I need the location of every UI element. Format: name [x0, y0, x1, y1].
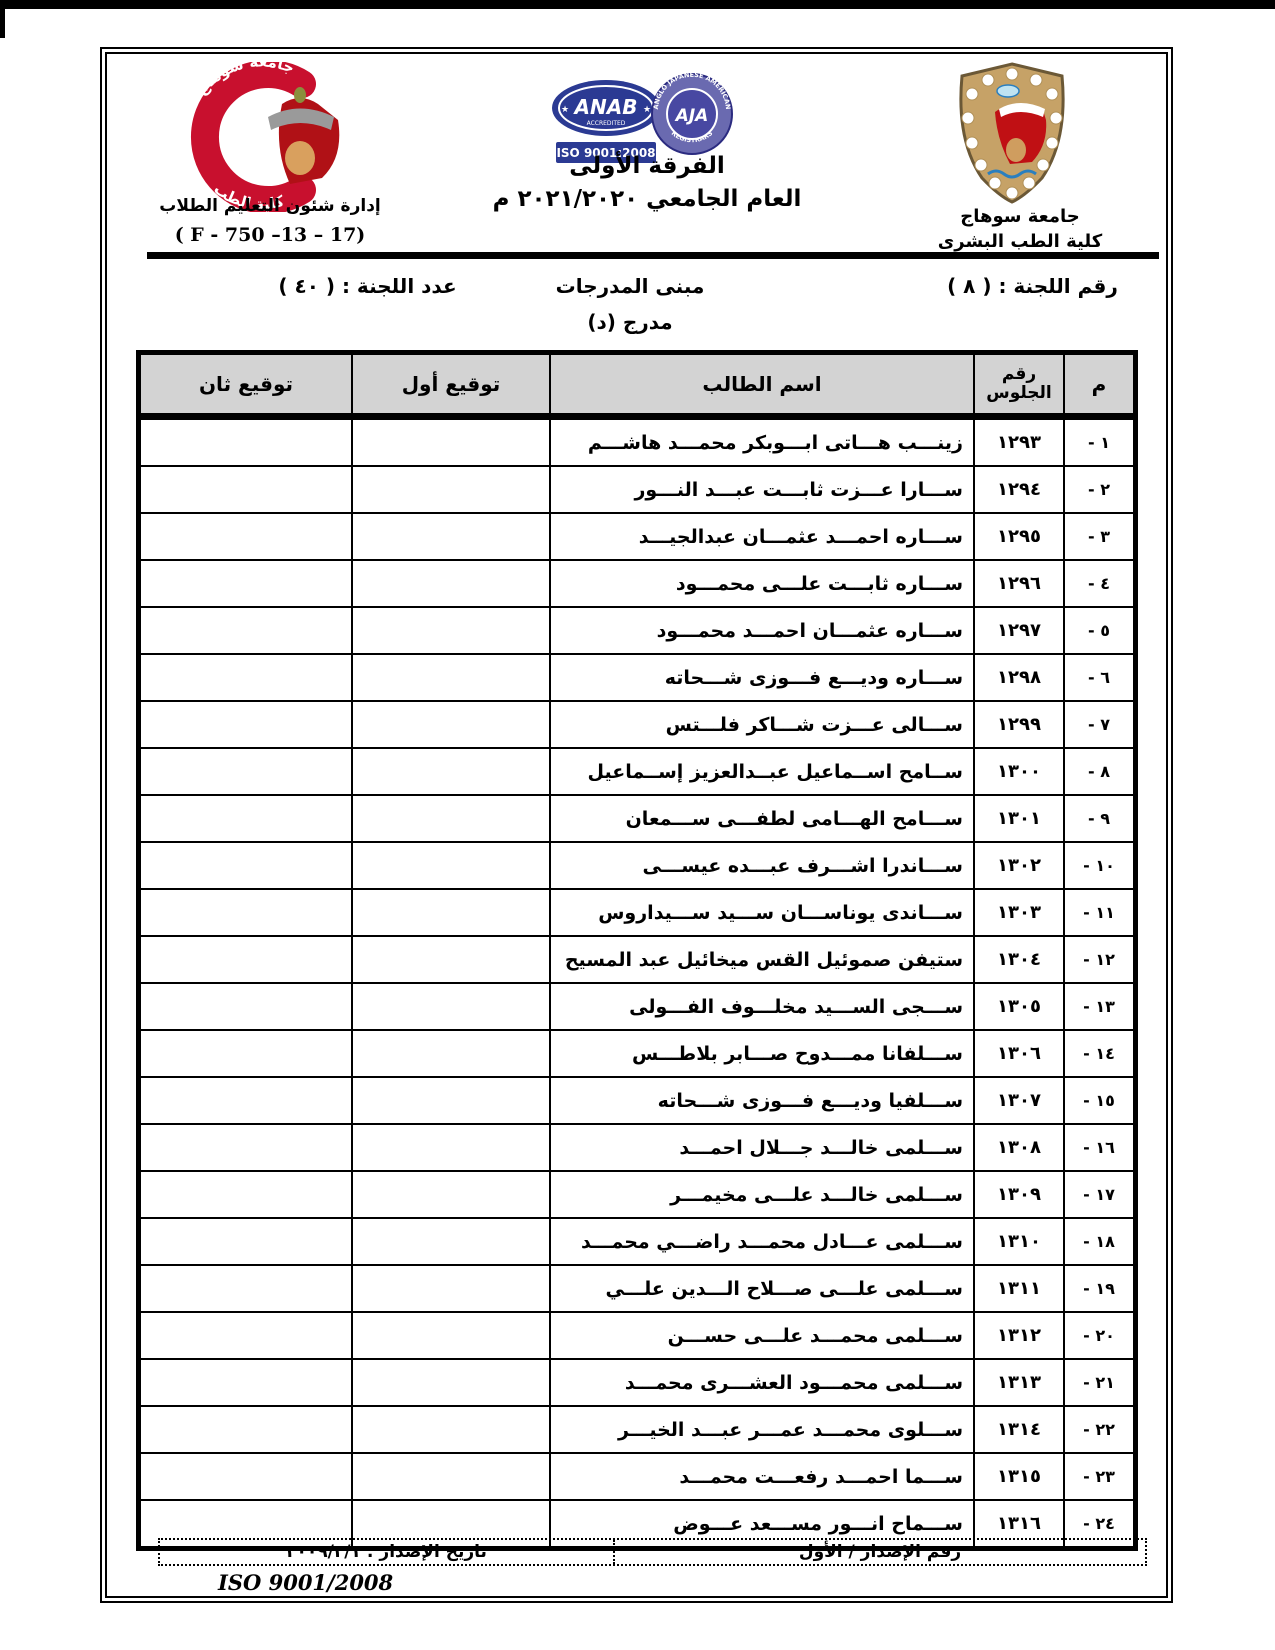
student-row: ١١ -١٣٠٣ســـاندى يوناســـان ســـيد ســـي… — [139, 889, 1136, 936]
name-cell: ســـلفيا وديـــع فـــوزى شـــحاته — [550, 1077, 974, 1124]
first-signature-cell — [352, 795, 550, 842]
index-cell: ١٤ - — [1064, 1030, 1136, 1077]
student-roster-table: م رقم الجلوس اسم الطالب توقيع أول توقيع … — [136, 350, 1138, 1551]
student-row: ٦ -١٢٩٨ســـاره وديـــع فـــوزى شـــحاته — [139, 654, 1136, 701]
student-row: ١٦ -١٣٠٨ســـلمى خالـــد جـــلال احمـــد — [139, 1124, 1136, 1171]
index-cell: ١١ - — [1064, 889, 1136, 936]
seat-cell: ١٣٠٣ — [974, 889, 1064, 936]
student-row: ٢ -١٢٩٤ســـارا عـــزت ثابـــت عبـــد الن… — [139, 466, 1136, 513]
name-cell: ســـلمى محمـــد علـــى حســـن — [550, 1312, 974, 1359]
university-name: جامعة سوهاج — [920, 204, 1120, 229]
header-seat-number: رقم الجلوس — [974, 353, 1064, 417]
committee-building: مبنى المدرجات — [545, 270, 715, 302]
first-signature-cell — [352, 1453, 550, 1500]
index-cell: ١٧ - — [1064, 1171, 1136, 1218]
form-code: ( F - 750 –13 – 17) — [130, 224, 410, 246]
second-signature-cell — [139, 1171, 353, 1218]
svg-text:★: ★ — [561, 105, 569, 115]
first-signature-cell — [352, 701, 550, 748]
committee-count: عدد اللجنة : ( ٤٠ ) — [275, 270, 460, 302]
second-signature-cell — [139, 936, 353, 983]
center-title-block: الفرقة الأولى العام الجامعي ٢٠٢١/٢٠٢٠ م — [437, 150, 857, 216]
student-row: ١٩ -١٣١١ســـلمى علـــى صـــلاح الـــدين … — [139, 1265, 1136, 1312]
seat-cell: ١٢٩٦ — [974, 560, 1064, 607]
academic-year: العام الجامعي ٢٠٢١/٢٠٢٠ م — [437, 183, 857, 216]
second-signature-cell — [139, 560, 353, 607]
index-cell: ٣ - — [1064, 513, 1136, 560]
name-cell: ســـلمى خالـــد علـــى مخيمـــر — [550, 1171, 974, 1218]
student-row: ١٤ -١٣٠٦ســـلفانا ممـــدوح صـــابر بلاطـ… — [139, 1030, 1136, 1077]
header-first-signature: توقيع أول — [352, 353, 550, 417]
iso-certification-label: ISO 9001/2008 — [218, 1570, 478, 1595]
name-cell: ســـلمى عـــادل محمـــد راضـــي محمـــد — [550, 1218, 974, 1265]
student-row: ١ -١٢٩٣زينـــب هـــاتى ابـــوبكر محمـــد… — [139, 417, 1136, 467]
index-cell: ٩ - — [1064, 795, 1136, 842]
second-signature-cell — [139, 889, 353, 936]
name-cell: ســـارا عـــزت ثابـــت عبـــد النـــور — [550, 466, 974, 513]
index-cell: ٨ - — [1064, 748, 1136, 795]
issue-info-box: رقم الإصدار / الأول تاريخ الإصدار : ٢٠٠٩… — [158, 1538, 1147, 1566]
student-row: ١٧ -١٣٠٩ســـلمى خالـــد علـــى مخيمـــر — [139, 1171, 1136, 1218]
name-cell: ســـلوى محمـــد عمـــر عبـــد الخيـــر — [550, 1406, 974, 1453]
seat-cell: ١٣٠٢ — [974, 842, 1064, 889]
second-signature-cell — [139, 1453, 353, 1500]
index-cell: ٢١ - — [1064, 1359, 1136, 1406]
first-signature-cell — [352, 560, 550, 607]
index-cell: ٢٣ - — [1064, 1453, 1136, 1500]
student-row: ٢٢ -١٣١٤ســـلوى محمـــد عمـــر عبـــد ال… — [139, 1406, 1136, 1453]
second-signature-cell — [139, 654, 353, 701]
student-row: ١٣ -١٣٠٥ســـجى الســـيد مخلـــوف الفـــو… — [139, 983, 1136, 1030]
seat-cell: ١٣١٠ — [974, 1218, 1064, 1265]
student-row: ٣ -١٢٩٥ســـاره احمـــد عثمـــان عبدالجيـ… — [139, 513, 1136, 560]
name-cell: ســـلمى خالـــد جـــلال احمـــد — [550, 1124, 974, 1171]
name-cell: ســـالى عـــزت شـــاكر فلـــتس — [550, 701, 974, 748]
student-row: ٧ -١٢٩٩ســـالى عـــزت شـــاكر فلـــتس — [139, 701, 1136, 748]
seat-cell: ١٣٠٠ — [974, 748, 1064, 795]
seat-cell: ١٢٩٥ — [974, 513, 1064, 560]
faculty-name: كلية الطب البشرى — [920, 229, 1120, 254]
department-name: إدارة شئون التعليم الطلاب — [130, 196, 410, 216]
seat-cell: ١٣١٤ — [974, 1406, 1064, 1453]
index-cell: ٢٢ - — [1064, 1406, 1136, 1453]
first-signature-cell — [352, 842, 550, 889]
first-signature-cell — [352, 417, 550, 467]
name-cell: ســـامح الهـــامى لطفـــى ســـمعان — [550, 795, 974, 842]
first-signature-cell — [352, 889, 550, 936]
index-cell: ٢٠ - — [1064, 1312, 1136, 1359]
seat-cell: ١٢٩٣ — [974, 417, 1064, 467]
svg-text:ACCREDITED: ACCREDITED — [587, 120, 626, 127]
svg-text:AJA: AJA — [674, 106, 709, 126]
first-signature-cell — [352, 748, 550, 795]
student-row: ١٢ -١٣٠٤ستيفن صموئيل القس ميخائيل عبد ال… — [139, 936, 1136, 983]
student-row: ٥ -١٢٩٧ســـاره عثمـــان احمـــد محمـــود — [139, 607, 1136, 654]
index-cell: ١٩ - — [1064, 1265, 1136, 1312]
student-row: ١٥ -١٣٠٧ســـلفيا وديـــع فـــوزى شـــحات… — [139, 1077, 1136, 1124]
student-row: ٩ -١٣٠١ســـامح الهـــامى لطفـــى ســـمعا… — [139, 795, 1136, 842]
index-cell: ١٢ - — [1064, 936, 1136, 983]
aja-registrars-logo: ANGLO JAPANESE AMERICAN REGISTRARS AJA — [651, 73, 733, 155]
scan-artifact-left-mark — [0, 0, 5, 38]
second-signature-cell — [139, 1218, 353, 1265]
name-cell: ســـلمى علـــى صـــلاح الـــدين علـــي — [550, 1265, 974, 1312]
name-cell: ســـاندرا اشـــرف عبـــده عيســـى — [550, 842, 974, 889]
header-second-signature: توقيع ثان — [139, 353, 353, 417]
seat-cell: ١٢٩٩ — [974, 701, 1064, 748]
issue-date: تاريخ الإصدار : ٢٠٠٩/٢/١ — [160, 1540, 613, 1564]
first-signature-cell — [352, 1312, 550, 1359]
second-signature-cell — [139, 1030, 353, 1077]
name-cell: ســـاره عثمـــان احمـــد محمـــود — [550, 607, 974, 654]
index-cell: ١٣ - — [1064, 983, 1136, 1030]
second-signature-cell — [139, 417, 353, 467]
faculty-crescent-logo: جامعة سوهاج كلية الطب — [150, 62, 375, 212]
header-divider-rule — [147, 252, 1159, 259]
second-signature-cell — [139, 1265, 353, 1312]
index-cell: ٧ - — [1064, 701, 1136, 748]
name-cell: ســـلفانا ممـــدوح صـــابر بلاطـــس — [550, 1030, 974, 1077]
seat-cell: ١٢٩٧ — [974, 607, 1064, 654]
index-cell: ٦ - — [1064, 654, 1136, 701]
first-signature-cell — [352, 983, 550, 1030]
roster-header: م رقم الجلوس اسم الطالب توقيع أول توقيع … — [139, 353, 1136, 417]
index-cell: ٤ - — [1064, 560, 1136, 607]
student-row: ٢٣ -١٣١٥ســـما احمـــد رفعـــت محمـــد — [139, 1453, 1136, 1500]
issue-number: رقم الإصدار / الأول — [613, 1540, 1145, 1564]
svg-text:★: ★ — [643, 105, 651, 115]
first-signature-cell — [352, 1171, 550, 1218]
student-row: ١٠ -١٣٠٢ســـاندرا اشـــرف عبـــده عيســـ… — [139, 842, 1136, 889]
student-row: ١٨ -١٣١٠ســـلمى عـــادل محمـــد راضـــي … — [139, 1218, 1136, 1265]
header-index: م — [1064, 353, 1136, 417]
seat-cell: ١٣٠٤ — [974, 936, 1064, 983]
committee-number: رقم اللجنة : ( ٨ ) — [940, 270, 1125, 302]
name-cell: ســامح اســماعيل عبــدالعزيز إســماعيل — [550, 748, 974, 795]
name-cell: ســـجى الســـيد مخلـــوف الفـــولى — [550, 983, 974, 1030]
first-signature-cell — [352, 1124, 550, 1171]
grade-title: الفرقة الأولى — [437, 150, 857, 183]
seat-cell: ١٣٠٧ — [974, 1077, 1064, 1124]
second-signature-cell — [139, 748, 353, 795]
first-signature-cell — [352, 936, 550, 983]
second-signature-cell — [139, 842, 353, 889]
seat-cell: ١٣٠١ — [974, 795, 1064, 842]
seat-cell: ١٣٠٦ — [974, 1030, 1064, 1077]
index-cell: ١٠ - — [1064, 842, 1136, 889]
second-signature-cell — [139, 1312, 353, 1359]
first-signature-cell — [352, 1265, 550, 1312]
first-signature-cell — [352, 1406, 550, 1453]
index-cell: ٥ - — [1064, 607, 1136, 654]
student-row: ٨ -١٣٠٠ســامح اســماعيل عبــدالعزيز إســ… — [139, 748, 1136, 795]
second-signature-cell — [139, 701, 353, 748]
svg-text:ANAB: ANAB — [573, 95, 638, 119]
second-signature-cell — [139, 607, 353, 654]
students-tbody: ١ -١٢٩٣زينـــب هـــاتى ابـــوبكر محمـــد… — [139, 417, 1136, 1549]
seat-cell: ١٣١٢ — [974, 1312, 1064, 1359]
index-cell: ٢ - — [1064, 466, 1136, 513]
seat-cell: ١٢٩٨ — [974, 654, 1064, 701]
student-row: ٢٠ -١٣١٢ســـلمى محمـــد علـــى حســـن — [139, 1312, 1136, 1359]
index-cell: ١٥ - — [1064, 1077, 1136, 1124]
university-shield-logo — [950, 60, 1075, 208]
name-cell: ســـلمى محمـــود العشـــرى محمـــد — [550, 1359, 974, 1406]
name-cell: ســـاندى يوناســـان ســـيد ســـيداروس — [550, 889, 974, 936]
scan-artifact-top-bar — [0, 0, 1275, 9]
first-signature-cell — [352, 654, 550, 701]
name-cell: ســـاره احمـــد عثمـــان عبدالجيـــد — [550, 513, 974, 560]
first-signature-cell — [352, 1359, 550, 1406]
second-signature-cell — [139, 983, 353, 1030]
seat-cell: ١٣٠٥ — [974, 983, 1064, 1030]
first-signature-cell — [352, 1218, 550, 1265]
first-signature-cell — [352, 466, 550, 513]
name-cell: زينـــب هـــاتى ابـــوبكر محمـــد هاشـــ… — [550, 417, 974, 467]
second-signature-cell — [139, 1077, 353, 1124]
second-signature-cell — [139, 1124, 353, 1171]
name-cell: ســـاره ثابـــت علـــى محمـــود — [550, 560, 974, 607]
first-signature-cell — [352, 513, 550, 560]
committee-hall: مدرج (د) — [545, 310, 715, 334]
first-signature-cell — [352, 1030, 550, 1077]
name-cell: ســـما احمـــد رفعـــت محمـــد — [550, 1453, 974, 1500]
seat-cell: ١٣٠٩ — [974, 1171, 1064, 1218]
header-student-name: اسم الطالب — [550, 353, 974, 417]
name-cell: ســـاره وديـــع فـــوزى شـــحاته — [550, 654, 974, 701]
seat-cell: ١٣١٣ — [974, 1359, 1064, 1406]
second-signature-cell — [139, 513, 353, 560]
second-signature-cell — [139, 1359, 353, 1406]
university-captions: جامعة سوهاج كلية الطب البشرى — [920, 204, 1120, 254]
second-signature-cell — [139, 795, 353, 842]
first-signature-cell — [352, 1077, 550, 1124]
seat-cell: ١٣٠٨ — [974, 1124, 1064, 1171]
second-signature-cell — [139, 1406, 353, 1453]
document-page: جامعة سوهاج كلية الطب البشرى ANAB ACCRED… — [0, 0, 1275, 1650]
student-row: ٤ -١٢٩٦ســـاره ثابـــت علـــى محمـــود — [139, 560, 1136, 607]
page-frame: جامعة سوهاج كلية الطب البشرى ANAB ACCRED… — [100, 47, 1173, 1603]
student-row: ٢١ -١٣١٣ســـلمى محمـــود العشـــرى محمــ… — [139, 1359, 1136, 1406]
index-cell: ١٨ - — [1064, 1218, 1136, 1265]
name-cell: ستيفن صموئيل القس ميخائيل عبد المسيح — [550, 936, 974, 983]
seat-cell: ١٣١١ — [974, 1265, 1064, 1312]
first-signature-cell — [352, 607, 550, 654]
index-cell: ١ - — [1064, 417, 1136, 467]
index-cell: ١٦ - — [1064, 1124, 1136, 1171]
seat-cell: ١٣١٥ — [974, 1453, 1064, 1500]
seat-cell: ١٢٩٤ — [974, 466, 1064, 513]
second-signature-cell — [139, 466, 353, 513]
